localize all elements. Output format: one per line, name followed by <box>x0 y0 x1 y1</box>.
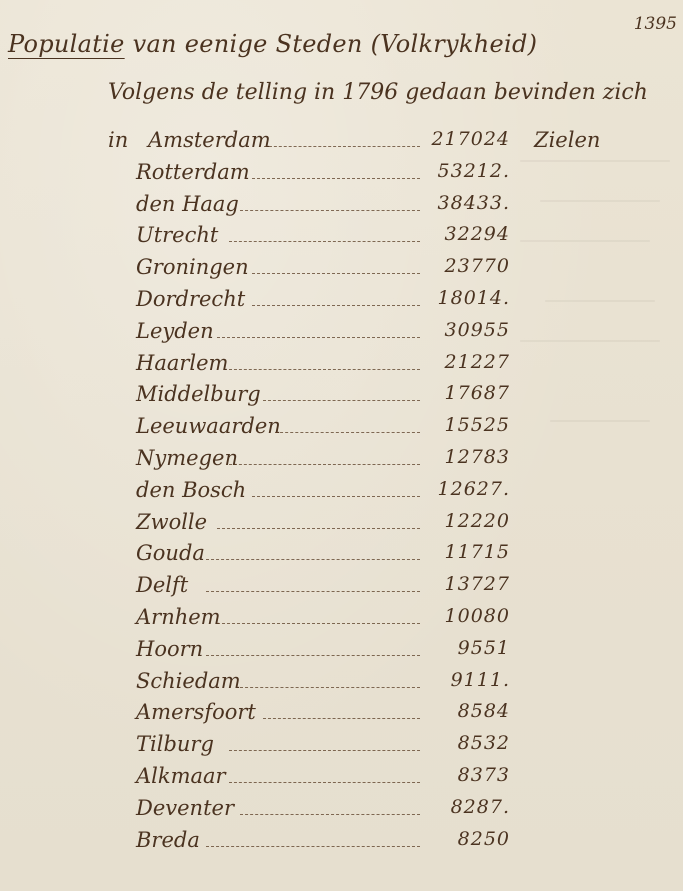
city-name: Breda <box>136 828 200 852</box>
population-value: 9551 <box>410 637 510 659</box>
title-rest: van eenige Steden (Volkrykheid) <box>133 30 538 58</box>
leader-line <box>252 178 421 179</box>
population-entry: Nymegen12783 <box>0 446 683 476</box>
population-entry: Schiedam9111. <box>0 669 683 699</box>
population-value: 217024 <box>410 128 510 150</box>
entry-prefix: in <box>108 128 128 152</box>
title-first-word: Populatie <box>8 30 125 58</box>
population-value: 11715 <box>410 541 510 563</box>
population-value: 23770 <box>410 255 510 277</box>
leader-line <box>263 400 420 401</box>
leader-line <box>240 210 420 211</box>
leader-line <box>240 814 420 815</box>
leader-line <box>206 846 421 847</box>
city-name: Dordrecht <box>136 287 245 311</box>
population-entry: Amersfoort8584 <box>0 700 683 730</box>
city-name: den Bosch <box>136 478 246 502</box>
leader-line <box>229 750 421 751</box>
city-name: Gouda <box>136 541 205 565</box>
population-entry: Breda8250 <box>0 828 683 858</box>
city-name: Delft <box>136 573 188 597</box>
population-value: 30955 <box>410 319 510 341</box>
leader-line <box>252 305 421 306</box>
leader-line <box>206 559 421 560</box>
population-entry: Hoorn9551 <box>0 637 683 667</box>
population-entry: Leyden30955 <box>0 319 683 349</box>
manuscript-page: 1395 Populatie van eenige Steden (Volkry… <box>0 0 683 891</box>
leader-line <box>217 528 420 529</box>
population-entry: Arnhem10080 <box>0 605 683 635</box>
city-name: Schiedam <box>136 669 241 693</box>
population-value: 32294 <box>410 223 510 245</box>
city-name: Alkmaar <box>136 764 226 788</box>
population-value: 13727 <box>410 573 510 595</box>
population-entry: Groningen23770 <box>0 255 683 285</box>
leader-line <box>252 273 421 274</box>
leader-line <box>252 496 421 497</box>
population-entry: Utrecht32294 <box>0 223 683 253</box>
population-entry: Zwolle12220 <box>0 510 683 540</box>
population-value: 15525 <box>410 414 510 436</box>
leader-line <box>229 241 421 242</box>
city-name: Zwolle <box>136 510 207 534</box>
city-name: Tilburg <box>136 732 214 756</box>
leader-line <box>206 591 421 592</box>
leader-line <box>263 718 420 719</box>
population-value: 8373 <box>410 764 510 786</box>
population-entry: Leeuwaarden15525 <box>0 414 683 444</box>
leader-line <box>217 337 420 338</box>
population-entry: Gouda11715 <box>0 541 683 571</box>
population-value: 10080 <box>410 605 510 627</box>
city-name: Amersfoort <box>136 700 256 724</box>
population-value: 9111. <box>410 669 510 691</box>
population-entry: Rotterdam53212. <box>0 160 683 190</box>
leader-line <box>229 782 421 783</box>
population-entry: Deventer8287. <box>0 796 683 826</box>
unit-label: Zielen <box>534 128 600 152</box>
population-value: 8250 <box>410 828 510 850</box>
population-value: 8287. <box>410 796 510 818</box>
city-name: Groningen <box>136 255 249 279</box>
population-entry: den Haag38433. <box>0 192 683 222</box>
population-value: 38433. <box>410 192 510 214</box>
population-value: 21227 <box>410 351 510 373</box>
city-name: Hoorn <box>136 637 203 661</box>
city-name: den Haag <box>136 192 239 216</box>
population-value: 17687 <box>410 382 510 404</box>
page-title: Populatie van eenige Steden (Volkrykheid… <box>8 30 537 58</box>
population-entry: inAmsterdam217024Zielen <box>0 128 683 158</box>
population-entry: Dordrecht18014. <box>0 287 683 317</box>
population-value: 53212. <box>410 160 510 182</box>
page-number: 1395 <box>634 14 677 34</box>
population-entry: Tilburg8532 <box>0 732 683 762</box>
population-value: 12627. <box>410 478 510 500</box>
leader-line <box>217 623 420 624</box>
population-entry: Alkmaar8373 <box>0 764 683 794</box>
city-name: Haarlem <box>136 351 228 375</box>
leader-line <box>229 369 421 370</box>
leader-line <box>206 655 421 656</box>
population-value: 18014. <box>410 287 510 309</box>
leader-line <box>240 687 420 688</box>
population-entry: Haarlem21227 <box>0 351 683 381</box>
city-name: Arnhem <box>136 605 221 629</box>
leader-line <box>264 146 421 147</box>
population-entry: den Bosch12627. <box>0 478 683 508</box>
city-name: Middelburg <box>136 382 261 406</box>
population-value: 8532 <box>410 732 510 754</box>
population-entry: Delft13727 <box>0 573 683 603</box>
city-name: Leeuwaarden <box>136 414 281 438</box>
city-name: Leyden <box>136 319 214 343</box>
population-value: 8584 <box>410 700 510 722</box>
population-entry: Middelburg17687 <box>0 382 683 412</box>
city-name: Nymegen <box>136 446 238 470</box>
page-subtitle: Volgens de telling in 1796 gedaan bevind… <box>108 80 648 105</box>
city-name: Utrecht <box>136 223 218 247</box>
city-name: Amsterdam <box>148 128 271 152</box>
city-name: Deventer <box>136 796 234 820</box>
population-value: 12783 <box>410 446 510 468</box>
population-value: 12220 <box>410 510 510 532</box>
city-name: Rotterdam <box>136 160 250 184</box>
leader-line <box>275 432 421 433</box>
leader-line <box>229 464 421 465</box>
